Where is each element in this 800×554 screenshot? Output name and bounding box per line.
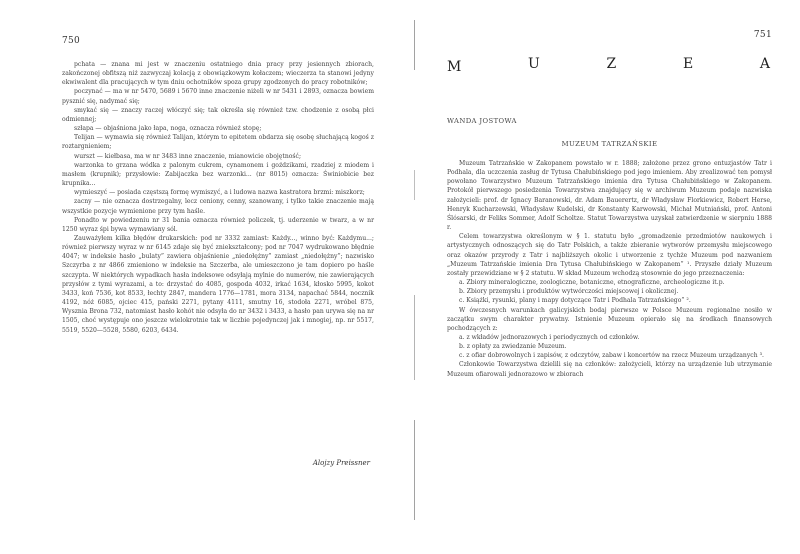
- article-author: WANDA JOSTOWA: [447, 117, 517, 125]
- paragraph: pchata — znana mi jest w znaczeniu ostat…: [62, 60, 374, 87]
- paragraph: Członkowie Towarzystwa dzielili się na c…: [447, 360, 772, 378]
- book-spread: 750 pchata — znana mi jest w znaczeniu o…: [0, 0, 800, 554]
- paragraph: Muzeum Tatrzańskie w Zakopanem powstało …: [447, 159, 772, 232]
- paragraph: Ponadto w powiedzeniu nr 31 bania oznacz…: [62, 216, 374, 234]
- paragraph: W ówczesnych warunkach galicyjskich boda…: [447, 306, 772, 333]
- list-item: a. z wkładów jednorazowych i periodyczny…: [447, 333, 772, 342]
- section-title: M U Z E A: [447, 56, 770, 75]
- paragraph: Zauważyłem kilka błędów drukarskich: pod…: [62, 234, 374, 335]
- list-item: b. z opłaty za zwiedzanie Muzeum.: [447, 342, 772, 351]
- paragraph: smykać się — znaczy raczej włóczyć się; …: [62, 106, 374, 124]
- right-page: 751 M U Z E A WANDA JOSTOWA MUZEUM TATRZ…: [447, 0, 772, 554]
- paragraph: Celem towarzystwa określonym w § 1. stat…: [447, 232, 772, 278]
- section-title-letter: E: [683, 56, 693, 75]
- list-item: c. Książki, rysunki, plany i mapy dotycz…: [447, 296, 772, 305]
- section-title-letter: U: [528, 56, 540, 75]
- right-page-body: Muzeum Tatrzańskie w Zakopanem powstało …: [447, 159, 772, 379]
- list-item: a. Zbiory mineralogiczne, zoologiczne, b…: [447, 278, 772, 287]
- left-page: 750 pchata — znana mi jest w znaczeniu o…: [62, 0, 374, 554]
- paragraph: szłapa — objaśniona jako łapa, noga, ozn…: [62, 124, 374, 133]
- paragraph: wymieszyć — posiada częstszą formę wymis…: [62, 188, 374, 197]
- section-title-letter: M: [447, 59, 461, 75]
- page-number-right: 751: [754, 30, 772, 40]
- article-title: MUZEUM TATRZAŃSKIE: [447, 140, 772, 148]
- page-number-left: 750: [62, 36, 80, 46]
- left-page-body: pchata — znana mi jest w znaczeniu ostat…: [62, 60, 374, 335]
- section-title-letter: Z: [607, 56, 617, 75]
- section-title-letter: A: [760, 56, 770, 75]
- paragraph: warzonka to grzana wódka z palonym cukre…: [62, 161, 374, 188]
- paragraph: zacny — nie oznacza dostrzegalny, lecz c…: [62, 197, 374, 215]
- author-signature: Alojzy Preissner: [313, 459, 370, 467]
- paragraph: poczynać — ma w nr 5470, 5689 i 5670 inn…: [62, 87, 374, 105]
- list-item: c. z ofiar dobrowolnych i zapisów, z odc…: [447, 351, 772, 360]
- paragraph: wurszt — kiełbasa, ma w nr 3483 inne zna…: [62, 152, 374, 161]
- paragraph: Telijan — wymawia się również Talijan, k…: [62, 133, 374, 151]
- page-gutter-line: [414, 20, 415, 520]
- list-item: b. Zbiory przemysłu i produktów wytwórcz…: [447, 287, 772, 296]
